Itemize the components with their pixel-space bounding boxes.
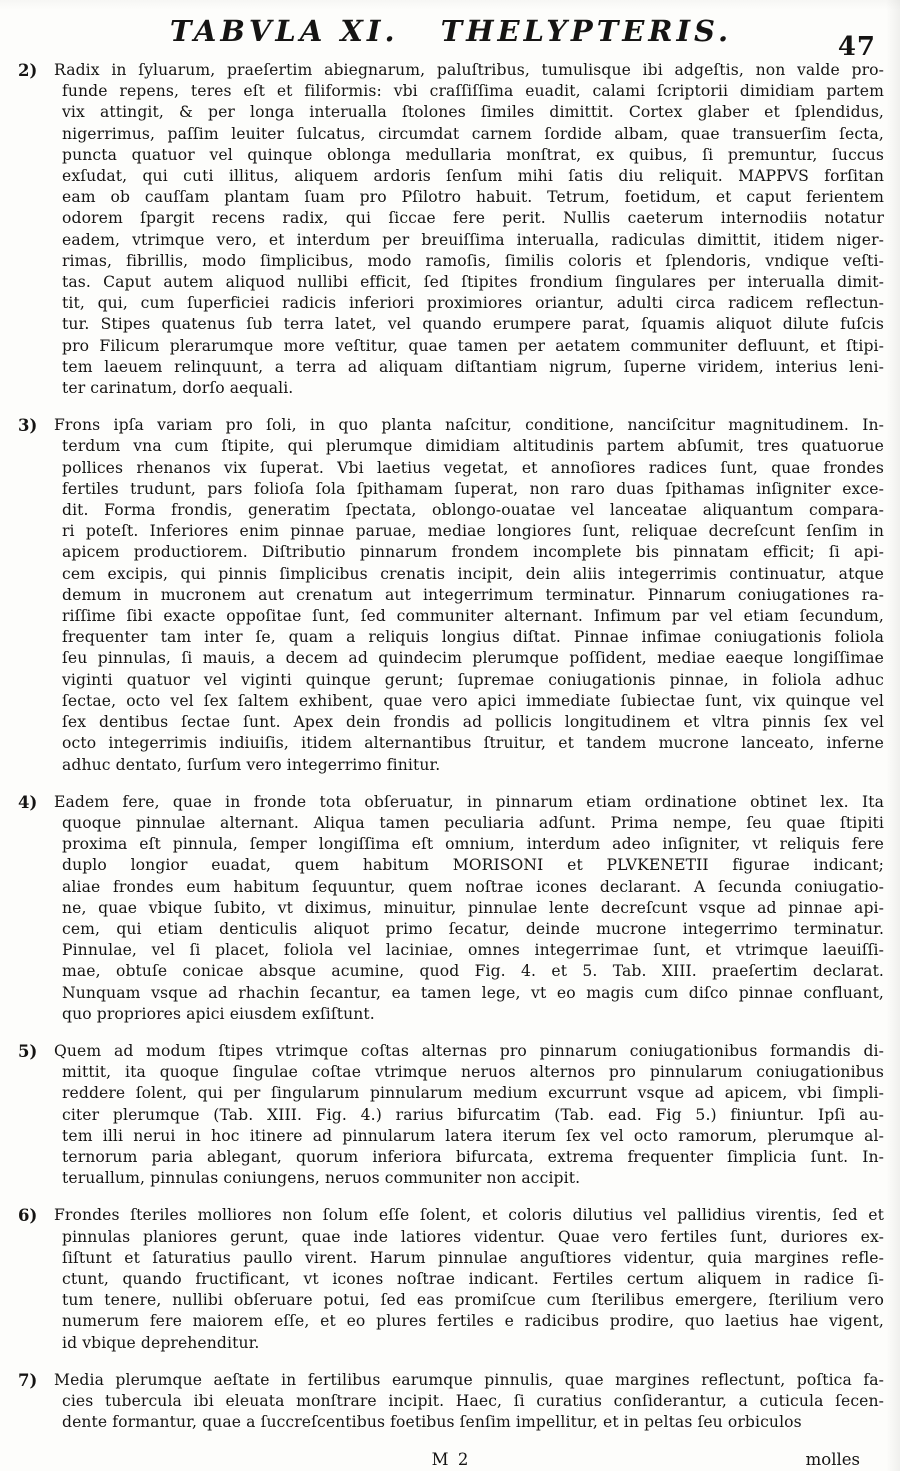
text-line: pro Filicum plerarumque more veſtitur, q… (54, 336, 884, 357)
page-header: TABVLA XI.THELYPTERIS. 47 (18, 8, 884, 60)
paragraph-5: 5)Quem ad modum ſtipes vtrimque coſtas a… (18, 1041, 884, 1189)
text-line: Eadem fere, quae in fronde tota obſeruat… (54, 792, 884, 813)
paragraph-4: 4)Eadem fere, quae in fronde tota obſeru… (18, 792, 884, 1025)
text-line: ſiſtunt et ſaturatius paullo virent. Har… (54, 1248, 884, 1269)
text-line: quo propriores apici eiusdem exſiſtunt. (54, 1004, 884, 1025)
text-line: teruallum, pinnulas coniungens, neruos c… (54, 1168, 884, 1189)
text-line: aliae frondes eum habitum ſequuntur, que… (54, 877, 884, 898)
text-line: odorem ſpargit recens radix, qui ſiccae … (54, 208, 884, 229)
text-line: dit. Forma frondis, generatim ſpectata, … (54, 500, 884, 521)
text-line: pollices rhenanos vix ſuperat. Vbi laeti… (54, 458, 884, 479)
text-line: tur. Stipes quatenus ſub terra latet, ve… (54, 314, 884, 335)
text-line: Media plerumque aeſtate in fertilibus ea… (54, 1370, 884, 1391)
paragraph-number: 3) (18, 415, 54, 775)
text-line: vix attingit, & per longa interualla ſto… (54, 102, 884, 123)
text-line: tas. Caput autem aliquod nullibi efficit… (54, 272, 884, 293)
text-line: cem, qui etiam denticulis aliquot primo … (54, 919, 884, 940)
paragraph-number: 4) (18, 792, 54, 1025)
paragraph-2: 2)Radix in ſyluarum, praeſertim abiegnar… (18, 60, 884, 399)
paragraph-text: Radix in ſyluarum, praeſertim abiegnarum… (54, 60, 884, 399)
text-line: adhuc dentato, ſurſum vero integerrimo f… (54, 755, 884, 776)
text-line: demum in mucronem aut crenatum aut integ… (54, 585, 884, 606)
text-line: mae, obtuſe conicae absque acumine, quod… (54, 961, 884, 982)
paragraph-7: 7)Media plerumque aeſtate in fertilibus … (18, 1370, 884, 1434)
text-line: Radix in ſyluarum, praeſertim abiegnarum… (54, 60, 884, 81)
text-line: ter carinatum, dorſo aequali. (54, 378, 884, 399)
book-page: TABVLA XI.THELYPTERIS. 47 2)Radix in ſyl… (0, 0, 900, 1471)
text-line: eadem, vtrimque vero, et interdum per br… (54, 230, 884, 251)
text-line: funde repens, teres eſt et filiformis: v… (54, 81, 884, 102)
paragraph-number: 6) (18, 1205, 54, 1353)
running-title-tabula: TABVLA XI. (170, 14, 399, 48)
text-line: riſſime ſibi exacte oppoſitae ſunt, ſed … (54, 606, 884, 627)
text-line: Nunquam vsque ad rhachin ſecantur, ea ta… (54, 983, 884, 1004)
text-line: exſudat, qui cuti illitus, aliquem ardor… (54, 166, 884, 187)
text-line: rimas, fibrillis, modo ſimplicibus, modo… (54, 251, 884, 272)
text-line: tum tenere, nullibi obſeruare potui, ſed… (54, 1290, 884, 1311)
text-line: octo integerrimis indiuiſis, itidem alte… (54, 733, 884, 754)
paragraph-6: 6)Frondes ſteriles molliores non ſolum e… (18, 1205, 884, 1353)
text-line: cem excipis, qui pinnis ſimplicibus cren… (54, 564, 884, 585)
text-line: ctunt, quando fructificant, vt icones no… (54, 1269, 884, 1290)
text-line: id vbique deprehenditur. (54, 1333, 884, 1354)
text-line: Frons ipſa variam pro ſoli, in quo plant… (54, 415, 884, 436)
signature-mark: M 2 (432, 1449, 471, 1470)
paragraph-number: 5) (18, 1041, 54, 1189)
paragraph-number: 2) (18, 60, 54, 399)
page-number: 47 (838, 32, 876, 62)
text-line: ne, quae vbique ſubito, vt diximus, minu… (54, 898, 884, 919)
text-line: ſex dentibus ſectae ſunt. Apex dein fron… (54, 712, 884, 733)
paragraph-list: 2)Radix in ſyluarum, praeſertim abiegnar… (18, 60, 884, 1433)
text-line: ternorum paria ablegant, quorum inferior… (54, 1147, 884, 1168)
text-line: frequenter tam inter ſe, quam a reliquis… (54, 627, 884, 648)
text-line: mittit, ita quoque ſingulae coſtae vtrim… (54, 1062, 884, 1083)
paragraph-text: Frondes ſteriles molliores non ſolum eſſ… (54, 1205, 884, 1353)
text-line: Quem ad modum ſtipes vtrimque coſtas alt… (54, 1041, 884, 1062)
text-line: apicem productiorem. Diſtributio pinnaru… (54, 542, 884, 563)
text-line: ſectae, octo vel ſex ſaltem exhibent, qu… (54, 691, 884, 712)
text-line: dente formantur, quae a ſuccreſcentibus … (54, 1412, 884, 1433)
text-line: puncta quatuor vel quinque oblonga medul… (54, 145, 884, 166)
paragraph-text: Frons ipſa variam pro ſoli, in quo plant… (54, 415, 884, 775)
text-line: viginti quatuor vel viginti quinque geru… (54, 670, 884, 691)
paragraph-text: Eadem fere, quae in fronde tota obſeruat… (54, 792, 884, 1025)
page-footer: M 2 molles (18, 1449, 884, 1471)
text-line: citer plerumque (Tab. XIII. Fig. 4.) rar… (54, 1105, 884, 1126)
paragraph-text: Media plerumque aeſtate in fertilibus ea… (54, 1370, 884, 1434)
text-line: tem laeuem relinquunt, a terra ad aliqua… (54, 357, 884, 378)
text-line: terdum vna cum ſtipite, qui plerumque di… (54, 436, 884, 457)
text-line: cies tubercula ibi eleuata monſtrare inc… (54, 1391, 884, 1412)
text-line: reddere ſolent, qui per ſingularum pinnu… (54, 1083, 884, 1104)
text-line: duplo longior euadat, quem habitum MORIS… (54, 855, 884, 876)
running-title-species: THELYPTERIS. (441, 14, 732, 48)
text-line: ſeu pinnulas, ſi mauis, a decem ad quind… (54, 648, 884, 669)
page-title: TABVLA XI.THELYPTERIS. (18, 8, 884, 48)
text-line: fertiles trudunt, pars folioſa ſola ſpit… (54, 479, 884, 500)
text-line: tit, qui, cum ſuperficiei radicis inferi… (54, 293, 884, 314)
text-line: numerum fere maiorem eſſe, et eo plures … (54, 1311, 884, 1332)
text-line: tem illi nerui in hoc itinere ad pinnula… (54, 1126, 884, 1147)
catchword: molles (806, 1449, 860, 1470)
text-line: quoque pinnulae alternant. Aliqua tamen … (54, 813, 884, 834)
text-line: nigerrimus, paſſim leuiter ſulcatus, cir… (54, 124, 884, 145)
text-line: Pinnulae, vel ſi placet, foliola vel lac… (54, 940, 884, 961)
text-line: ri poteſt. Inferiores enim pinnae paruae… (54, 521, 884, 542)
paragraph-text: Quem ad modum ſtipes vtrimque coſtas alt… (54, 1041, 884, 1189)
text-line: Frondes ſteriles molliores non ſolum eſſ… (54, 1205, 884, 1226)
paragraph-number: 7) (18, 1370, 54, 1434)
text-line: proxima eſt pinnula, ſemper longiſſima e… (54, 834, 884, 855)
text-line: eam ob cauſſam plantam ſuam pro Pſilotro… (54, 187, 884, 208)
paragraph-3: 3)Frons ipſa variam pro ſoli, in quo pla… (18, 415, 884, 775)
text-line: pinnulas planiores gerunt, quae inde lat… (54, 1227, 884, 1248)
